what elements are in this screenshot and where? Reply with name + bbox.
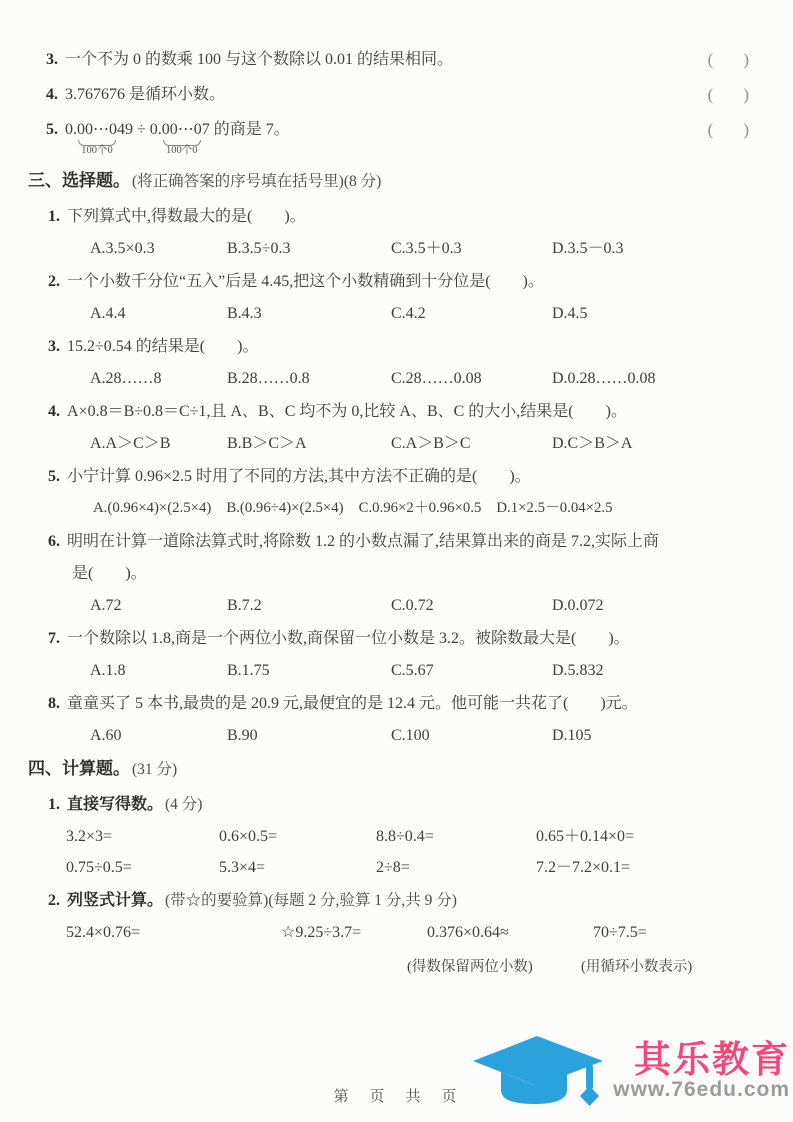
choice-question-4: 4.A×0.8＝B÷0.8＝C÷1,且 A、B、C 均不为 0,比较 A、B、C… xyxy=(28,400,753,455)
option: A.28……8 xyxy=(90,367,227,390)
expression: 52.4×0.76= xyxy=(66,921,281,944)
option: D.4.5 xyxy=(552,302,753,325)
expression: ☆9.25÷3.7= xyxy=(281,921,427,944)
option: C.4.2 xyxy=(391,302,552,325)
direct-write-row-2: 0.75÷0.5= 5.3×4= 2÷8= 7.2－7.2×0.1= xyxy=(66,856,753,879)
options-row: A.28……8 B.28……0.8 C.28……0.08 D.0.28……0.0… xyxy=(90,367,753,390)
subsection-vertical-calc: 2.列竖式计算。(带☆的要验算)(每题 2 分,验算 1 分,共 9 分) xyxy=(48,889,753,912)
choice-question-7: 7.一个数除以 1.8,商是一个两位小数,商保留一位小数是 3.2。被除数最大是… xyxy=(28,627,753,682)
answer-brackets: () xyxy=(708,83,749,106)
question-text: 明明在计算一道除法算式时,将除数 1.2 的小数点漏了,结果算出来的商是 7.2… xyxy=(67,533,659,550)
option: D.5.832 xyxy=(552,659,753,682)
option: C.3.5＋0.3 xyxy=(391,237,552,260)
page-footer: 第 页 共 页 xyxy=(0,1085,793,1106)
vertical-calc-row: 52.4×0.76= ☆9.25÷3.7= 0.376×0.64≈ 70÷7.5… xyxy=(66,921,753,979)
question-text-tail: 7 的商是 7。 xyxy=(202,121,290,138)
exam-content: 3.一个不为 0 的数乘 100 与这个数除以 0.01 的结果相同。 () 4… xyxy=(0,0,793,979)
options-row: A.A＞C＞B B.B＞C＞A C.A＞B＞C D.C＞B＞A xyxy=(90,432,753,455)
expression: 0.6×0.5= xyxy=(219,825,376,848)
option: C.28……0.08 xyxy=(391,367,552,390)
question-number: 5. xyxy=(46,121,58,138)
expression-note: (得数保留两位小数) xyxy=(407,956,593,979)
expression: 0.75÷0.5= xyxy=(66,856,219,879)
option: C.A＞B＞C xyxy=(391,432,552,455)
options-row: A.(0.96×4)×(2.5×4) B.(0.96÷4)×(2.5×4) C.… xyxy=(93,497,753,520)
choice-question-2: 2.一个小数千分位“五入”后是 4.45,把这个小数精确到十分位是( )。 A.… xyxy=(28,270,753,325)
question-text: 童童买了 5 本书,最贵的是 20.9 元,最便宜的是 12.4 元。他可能一共… xyxy=(67,695,638,712)
question-text-line2: 是( )。 xyxy=(72,562,753,585)
underbraced-zeros: 00⋯0100个0 xyxy=(77,118,117,141)
question-text: 一个不为 0 的数乘 100 与这个数除以 0.01 的结果相同。 xyxy=(65,51,453,68)
option: D.105 xyxy=(552,724,753,747)
question-number: 3. xyxy=(46,51,58,68)
option: D.C＞B＞A xyxy=(552,432,753,455)
option: C.0.72 xyxy=(391,594,552,617)
question-text-prefix: 0. xyxy=(65,121,77,138)
section-title-choice: 三、选择题。(将正确答案的序号填在括号里)(8 分) xyxy=(28,169,753,193)
options-row: A.3.5×0.3 B.3.5÷0.3 C.3.5＋0.3 D.3.5－0.3 xyxy=(90,237,753,260)
option: B.7.2 xyxy=(227,594,391,617)
option: A.3.5×0.3 xyxy=(90,237,227,260)
option: C.100 xyxy=(391,724,552,747)
underbrace-label: 100个0 xyxy=(166,146,198,156)
expression: 0.65＋0.14×0= xyxy=(536,825,753,848)
option: B.28……0.8 xyxy=(227,367,391,390)
exam-page: 3.一个不为 0 的数乘 100 与这个数除以 0.01 的结果相同。 () 4… xyxy=(0,0,793,1122)
choice-question-3: 3.15.2÷0.54 的结果是( )。 A.28……8 B.28……0.8 C… xyxy=(28,335,753,390)
question-number: 8. xyxy=(48,695,60,712)
question-number: 4. xyxy=(48,403,60,420)
direct-write-row-1: 3.2×3= 0.6×0.5= 8.8÷0.4= 0.65＋0.14×0= xyxy=(66,825,753,848)
option: B.90 xyxy=(227,724,391,747)
options-row: A.60 B.90 C.100 D.105 xyxy=(90,724,753,747)
expression-note: (用循环小数表示) xyxy=(581,956,753,979)
question-text-mid: 49 ÷ 0. xyxy=(117,121,162,138)
expression: 7.2－7.2×0.1= xyxy=(536,856,753,879)
option: A.60 xyxy=(90,724,227,747)
question-number: 7. xyxy=(48,630,60,647)
underbraced-zeros: 00⋯0100个0 xyxy=(162,118,202,141)
underbrace-label: 100个0 xyxy=(81,146,113,156)
option: B.(0.96÷4)×(2.5×4) xyxy=(226,497,343,520)
option: D.0.072 xyxy=(552,594,753,617)
options-row: A.72 B.7.2 C.0.72 D.0.072 xyxy=(90,594,753,617)
option: B.1.75 xyxy=(227,659,391,682)
option: D.1×2.5－0.04×2.5 xyxy=(496,497,612,520)
brand-name: 其乐教育 xyxy=(634,1041,790,1079)
question-number: 2. xyxy=(48,273,60,290)
choice-question-8: 8.童童买了 5 本书,最贵的是 20.9 元,最便宜的是 12.4 元。他可能… xyxy=(28,692,753,747)
options-row: A.4.4 B.4.3 C.4.2 D.4.5 xyxy=(90,302,753,325)
question-number: 5. xyxy=(48,468,60,485)
subsection-direct-write: 1.直接写得数。(4 分) xyxy=(48,793,753,816)
judgement-question-5: 5.0.00⋯0100个049 ÷ 0.00⋯0100个07 的商是 7。 () xyxy=(46,118,753,141)
question-text: A×0.8＝B÷0.8＝C÷1,且 A、B、C 均不为 0,比较 A、B、C 的… xyxy=(67,403,627,420)
expression: 70÷7.5= xyxy=(593,921,753,944)
question-text: 下列算式中,得数最大的是( )。 xyxy=(67,208,306,225)
choice-question-5: 5.小宁计算 0.96×2.5 时用了不同的方法,其中方法不正确的是( )。 A… xyxy=(28,465,753,520)
choice-question-6: 6.明明在计算一道除法算式时,将除数 1.2 的小数点漏了,结果算出来的商是 7… xyxy=(28,530,753,617)
expression: 2÷8= xyxy=(376,856,536,879)
option: D.3.5－0.3 xyxy=(552,237,753,260)
option: A.4.4 xyxy=(90,302,227,325)
option: B.B＞C＞A xyxy=(227,432,391,455)
judgement-question-3: 3.一个不为 0 的数乘 100 与这个数除以 0.01 的结果相同。 () xyxy=(46,48,753,71)
expression: 5.3×4= xyxy=(219,856,376,879)
option: C.0.96×2＋0.96×0.5 xyxy=(359,497,482,520)
choice-question-1: 1.下列算式中,得数最大的是( )。 A.3.5×0.3 B.3.5÷0.3 C… xyxy=(28,205,753,260)
expression: 0.376×0.64≈ xyxy=(427,921,593,944)
option: B.4.3 xyxy=(227,302,391,325)
section-title-calculation: 四、计算题。(31 分) xyxy=(28,757,753,781)
option: A.(0.96×4)×(2.5×4) xyxy=(93,497,211,520)
option: A.A＞C＞B xyxy=(90,432,227,455)
question-text: 小宁计算 0.96×2.5 时用了不同的方法,其中方法不正确的是( )。 xyxy=(67,468,531,485)
question-number: 1. xyxy=(48,208,60,225)
judgement-question-4: 4.3.767676 是循环小数。 () xyxy=(46,83,753,106)
question-text: 3.767676 是循环小数。 xyxy=(65,86,225,103)
answer-brackets: () xyxy=(708,48,749,71)
question-text: 15.2÷0.54 的结果是( )。 xyxy=(67,338,258,355)
expression: 3.2×3= xyxy=(66,825,219,848)
option: A.72 xyxy=(90,594,227,617)
option: A.1.8 xyxy=(90,659,227,682)
question-number: 6. xyxy=(48,533,60,550)
question-text: 一个小数千分位“五入”后是 4.45,把这个小数精确到十分位是( )。 xyxy=(67,273,544,290)
question-number: 3. xyxy=(48,338,60,355)
answer-brackets: () xyxy=(708,118,749,141)
question-number: 4. xyxy=(46,86,58,103)
option: C.5.67 xyxy=(391,659,552,682)
option: B.3.5÷0.3 xyxy=(227,237,391,260)
question-text: 一个数除以 1.8,商是一个两位小数,商保留一位小数是 3.2。被除数最大是( … xyxy=(67,630,630,647)
options-row: A.1.8 B.1.75 C.5.67 D.5.832 xyxy=(90,659,753,682)
option: D.0.28……0.08 xyxy=(552,367,753,390)
expression: 8.8÷0.4= xyxy=(376,825,536,848)
